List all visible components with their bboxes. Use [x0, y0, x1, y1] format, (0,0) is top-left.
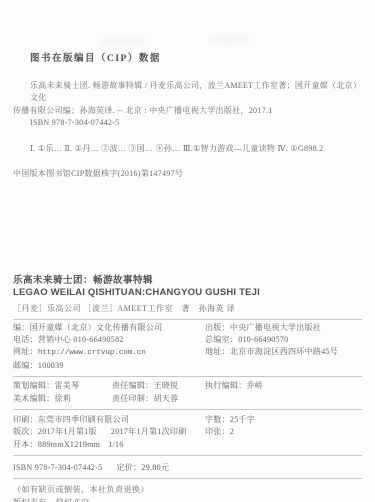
publisher-info: 编：国开童媒（北京）文化传播有限公司 电话：营销中心 010-66490582 … — [13, 322, 362, 373]
field-label: 印张： — [205, 427, 230, 436]
footer-notices: （如有缺页或倒装，本社负责退换） 版权专有，侵权必究 — [13, 484, 362, 502]
field-value: 010-66490570 — [238, 335, 288, 344]
field-value: 中央广播电视大学出版社 — [230, 323, 321, 332]
price-value: 29.80元 — [141, 463, 169, 472]
field-label: 邮编： — [13, 361, 38, 370]
field-label: 定价： — [116, 463, 141, 472]
planning-editor: 策划编辑：雷美琴 — [13, 380, 112, 392]
publisher-info-right: 出版：中央广播电视大学出版社 总编室：010-66490570 地址：北京市海淀… — [205, 322, 362, 373]
phone-row: 电话：营销中心 010-66490582 — [13, 334, 205, 346]
printer-cell: 印刷：东莞市四季印刷有限公司 — [13, 414, 205, 426]
field-label: 美术编辑： — [13, 394, 55, 403]
isbn-value: ISBN 978-7-304-07442-5 — [13, 461, 102, 474]
format-row: 开本：889mmX1219mm1/16 — [13, 439, 362, 451]
cip-classification: Ⅰ. ①乐… Ⅱ. ①丹… ②波… ③国… ④孙… Ⅲ.①智力游戏—儿童读物 Ⅳ… — [30, 143, 362, 154]
field-label: 电话： — [13, 335, 38, 344]
field-value: 北京市海淀区西四环中路45号 — [230, 347, 338, 356]
chief-office-row: 总编室：010-66490570 — [205, 334, 362, 346]
field-label: 开本： — [13, 440, 38, 449]
editors-row-1: 策划编辑：雷美琴 责任编辑：王晓锐 执行编辑：乔峤 — [13, 380, 362, 392]
publisher-row: 出版：中央广播电视大学出版社 — [205, 322, 362, 334]
responsible-editor: 责任编辑：王晓锐 — [112, 380, 205, 392]
field-label: 策划编辑： — [13, 381, 55, 390]
divider-2 — [13, 376, 362, 377]
cip-isbn-line: ISBN 978-7-304-07442-5 — [30, 117, 362, 129]
cip-description: 乐高未来骑士团. 畅游故事特辑 / 丹麦乐高公司，波兰AMEET工作室著；国开童… — [13, 80, 362, 130]
book-title: 乐高未来骑士团：畅游故事特辑 — [13, 275, 362, 286]
scan-artifact — [100, 38, 148, 45]
authors-line: ［丹麦］乐高公司 ［波兰］AMEET工作室 著 孙海英 译 — [13, 303, 362, 315]
empty-cell — [205, 393, 362, 405]
impression-value: 2017年1月第1次印刷 — [111, 427, 187, 436]
print-supervisor: 责任印制：胡天蓉 — [112, 393, 205, 405]
copyright-page: 图书在版编目（CIP）数据 乐高未来骑士团. 畅游故事特辑 / 丹麦乐高公司，波… — [0, 0, 375, 502]
field-value: 2 — [230, 427, 234, 436]
editors-row-2: 美术编辑：徐莉 责任印制：胡天蓉 — [13, 393, 362, 405]
field-value: 乔峤 — [247, 381, 264, 390]
field-value: 2017年1月第1版 — [38, 427, 97, 436]
return-policy-notice: （如有缺页或倒装，本社负责退换） — [13, 484, 362, 496]
edition-row: 版次：2017年1月第1版2017年1月第1次印刷 印张：2 — [13, 426, 362, 438]
copyright-notice: 版权专有，侵权必究 — [13, 497, 362, 502]
field-value: 胡天蓉 — [154, 394, 179, 403]
field-value: 889mmX1219mm — [38, 440, 100, 449]
publisher-info-left: 编：国开童媒（北京）文化传播有限公司 电话：营销中心 010-66490582 … — [13, 322, 205, 373]
divider-1 — [13, 319, 362, 320]
field-label: 字数： — [205, 415, 230, 424]
field-value: 100039 — [38, 361, 64, 370]
divider-4 — [13, 455, 362, 456]
divider-5 — [13, 478, 362, 479]
field-value: 东莞市四季印刷有限公司 — [38, 415, 129, 424]
field-label: 出版： — [205, 323, 230, 332]
field-label: 版次： — [13, 427, 38, 436]
address-row: 地址：北京市海淀区西四环中路45号 — [205, 346, 362, 358]
cip-line-1: 乐高未来骑士团. 畅游故事特辑 / 丹麦乐高公司，波兰AMEET工作室著；国开童… — [30, 80, 362, 105]
field-label: 编： — [13, 323, 30, 332]
field-value: 雷美琴 — [55, 381, 80, 390]
edition-cell: 版次：2017年1月第1版2017年1月第1次印刷 — [13, 426, 205, 438]
word-count-cell: 字数：25千字 — [205, 414, 362, 426]
cip-registration-number: 中国版本图书馆CIP数据核字(2016)第147497号 — [13, 168, 362, 179]
field-label: 地址： — [205, 347, 230, 356]
price-cell: 定价：29.80元 — [116, 461, 169, 474]
editors-info: 策划编辑：雷美琴 责任编辑：王晓锐 执行编辑：乔峤 美术编辑：徐莉 责任印制：胡… — [13, 380, 362, 405]
website-url: http://www.crtvup.com.cn — [38, 349, 146, 357]
field-label: 印刷： — [13, 415, 38, 424]
divider-3 — [13, 409, 362, 410]
cip-line-2: 传播有限公司编；孙海英译. -- 北京 : 中央广播电视大学出版社，2017.1 — [13, 105, 362, 117]
field-label: 执行编辑： — [205, 381, 247, 390]
executive-editor: 执行编辑：乔峤 — [205, 380, 362, 392]
field-value: 徐莉 — [55, 394, 72, 403]
format-cell: 开本：889mmX1219mm1/16 — [13, 439, 205, 451]
field-value: 国开童媒（北京）文化传播有限公司 — [30, 323, 163, 332]
field-value: 25千字 — [230, 415, 255, 424]
postcode-row: 邮编：100039 — [13, 360, 205, 372]
field-label: 网址： — [13, 347, 38, 356]
book-title-pinyin: LEGAO WEILAI QISHITUAN:CHANGYOU GUSHI TE… — [13, 287, 362, 298]
printing-info: 印刷：东莞市四季印刷有限公司 字数：25千字 版次：2017年1月第1版2017… — [13, 414, 362, 451]
format-ratio: 1/16 — [108, 440, 123, 449]
field-label: 总编室： — [205, 335, 238, 344]
field-label: 责任印制： — [112, 394, 154, 403]
field-value: 王晓锐 — [154, 381, 179, 390]
field-label: 责任编辑： — [112, 381, 154, 390]
art-editor: 美术编辑：徐莉 — [13, 393, 112, 405]
editor-company-row: 编：国开童媒（北京）文化传播有限公司 — [13, 322, 205, 334]
website-row: 网址：http://www.crtvup.com.cn — [13, 346, 205, 359]
sheets-cell: 印张：2 — [205, 426, 362, 438]
scan-artifact — [208, 36, 252, 43]
printer-row: 印刷：东莞市四季印刷有限公司 字数：25千字 — [13, 414, 362, 426]
isbn-price-row: ISBN 978-7-304-07442-5 定价：29.80元 — [13, 461, 362, 474]
cip-header: 图书在版编目（CIP）数据 — [30, 50, 362, 64]
field-value: 营销中心 010-66490582 — [38, 335, 124, 344]
